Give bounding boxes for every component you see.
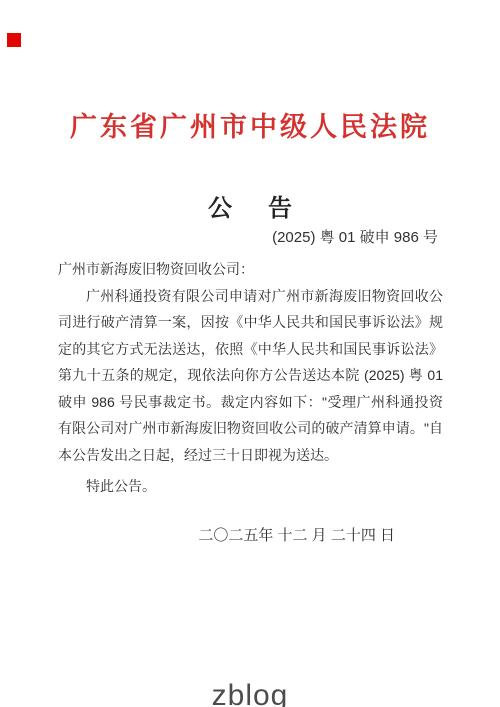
- date-line: 二〇二五年 十二 月 二十四 日: [58, 524, 395, 545]
- announcement-page: 广东省广州市中级人民法院 公 告 (2025) 粤 01 破申 986 号 广州…: [0, 0, 500, 707]
- notice-title: 公 告: [0, 188, 500, 223]
- notice-title-char-2: 告: [268, 188, 292, 223]
- body-paragraph: 广州科通投资有限公司申请对广州市新海废旧物资回收公司进行破产清算一案，因按《中华…: [58, 283, 443, 469]
- document-body: 广州市新海废旧物资回收公司： 广州科通投资有限公司申请对广州市新海废旧物资回收公…: [58, 256, 443, 500]
- addressee-line: 广州市新海废旧物资回收公司：: [58, 256, 443, 283]
- red-square-marker: [7, 33, 21, 47]
- zblog-watermark: zblog: [0, 681, 500, 707]
- notice-title-char-1: 公: [208, 188, 232, 223]
- case-number: (2025) 粤 01 破申 986 号: [58, 226, 438, 247]
- court-title: 广东省广州市中级人民法院: [0, 105, 500, 144]
- closing-line: 特此公告。: [58, 473, 443, 500]
